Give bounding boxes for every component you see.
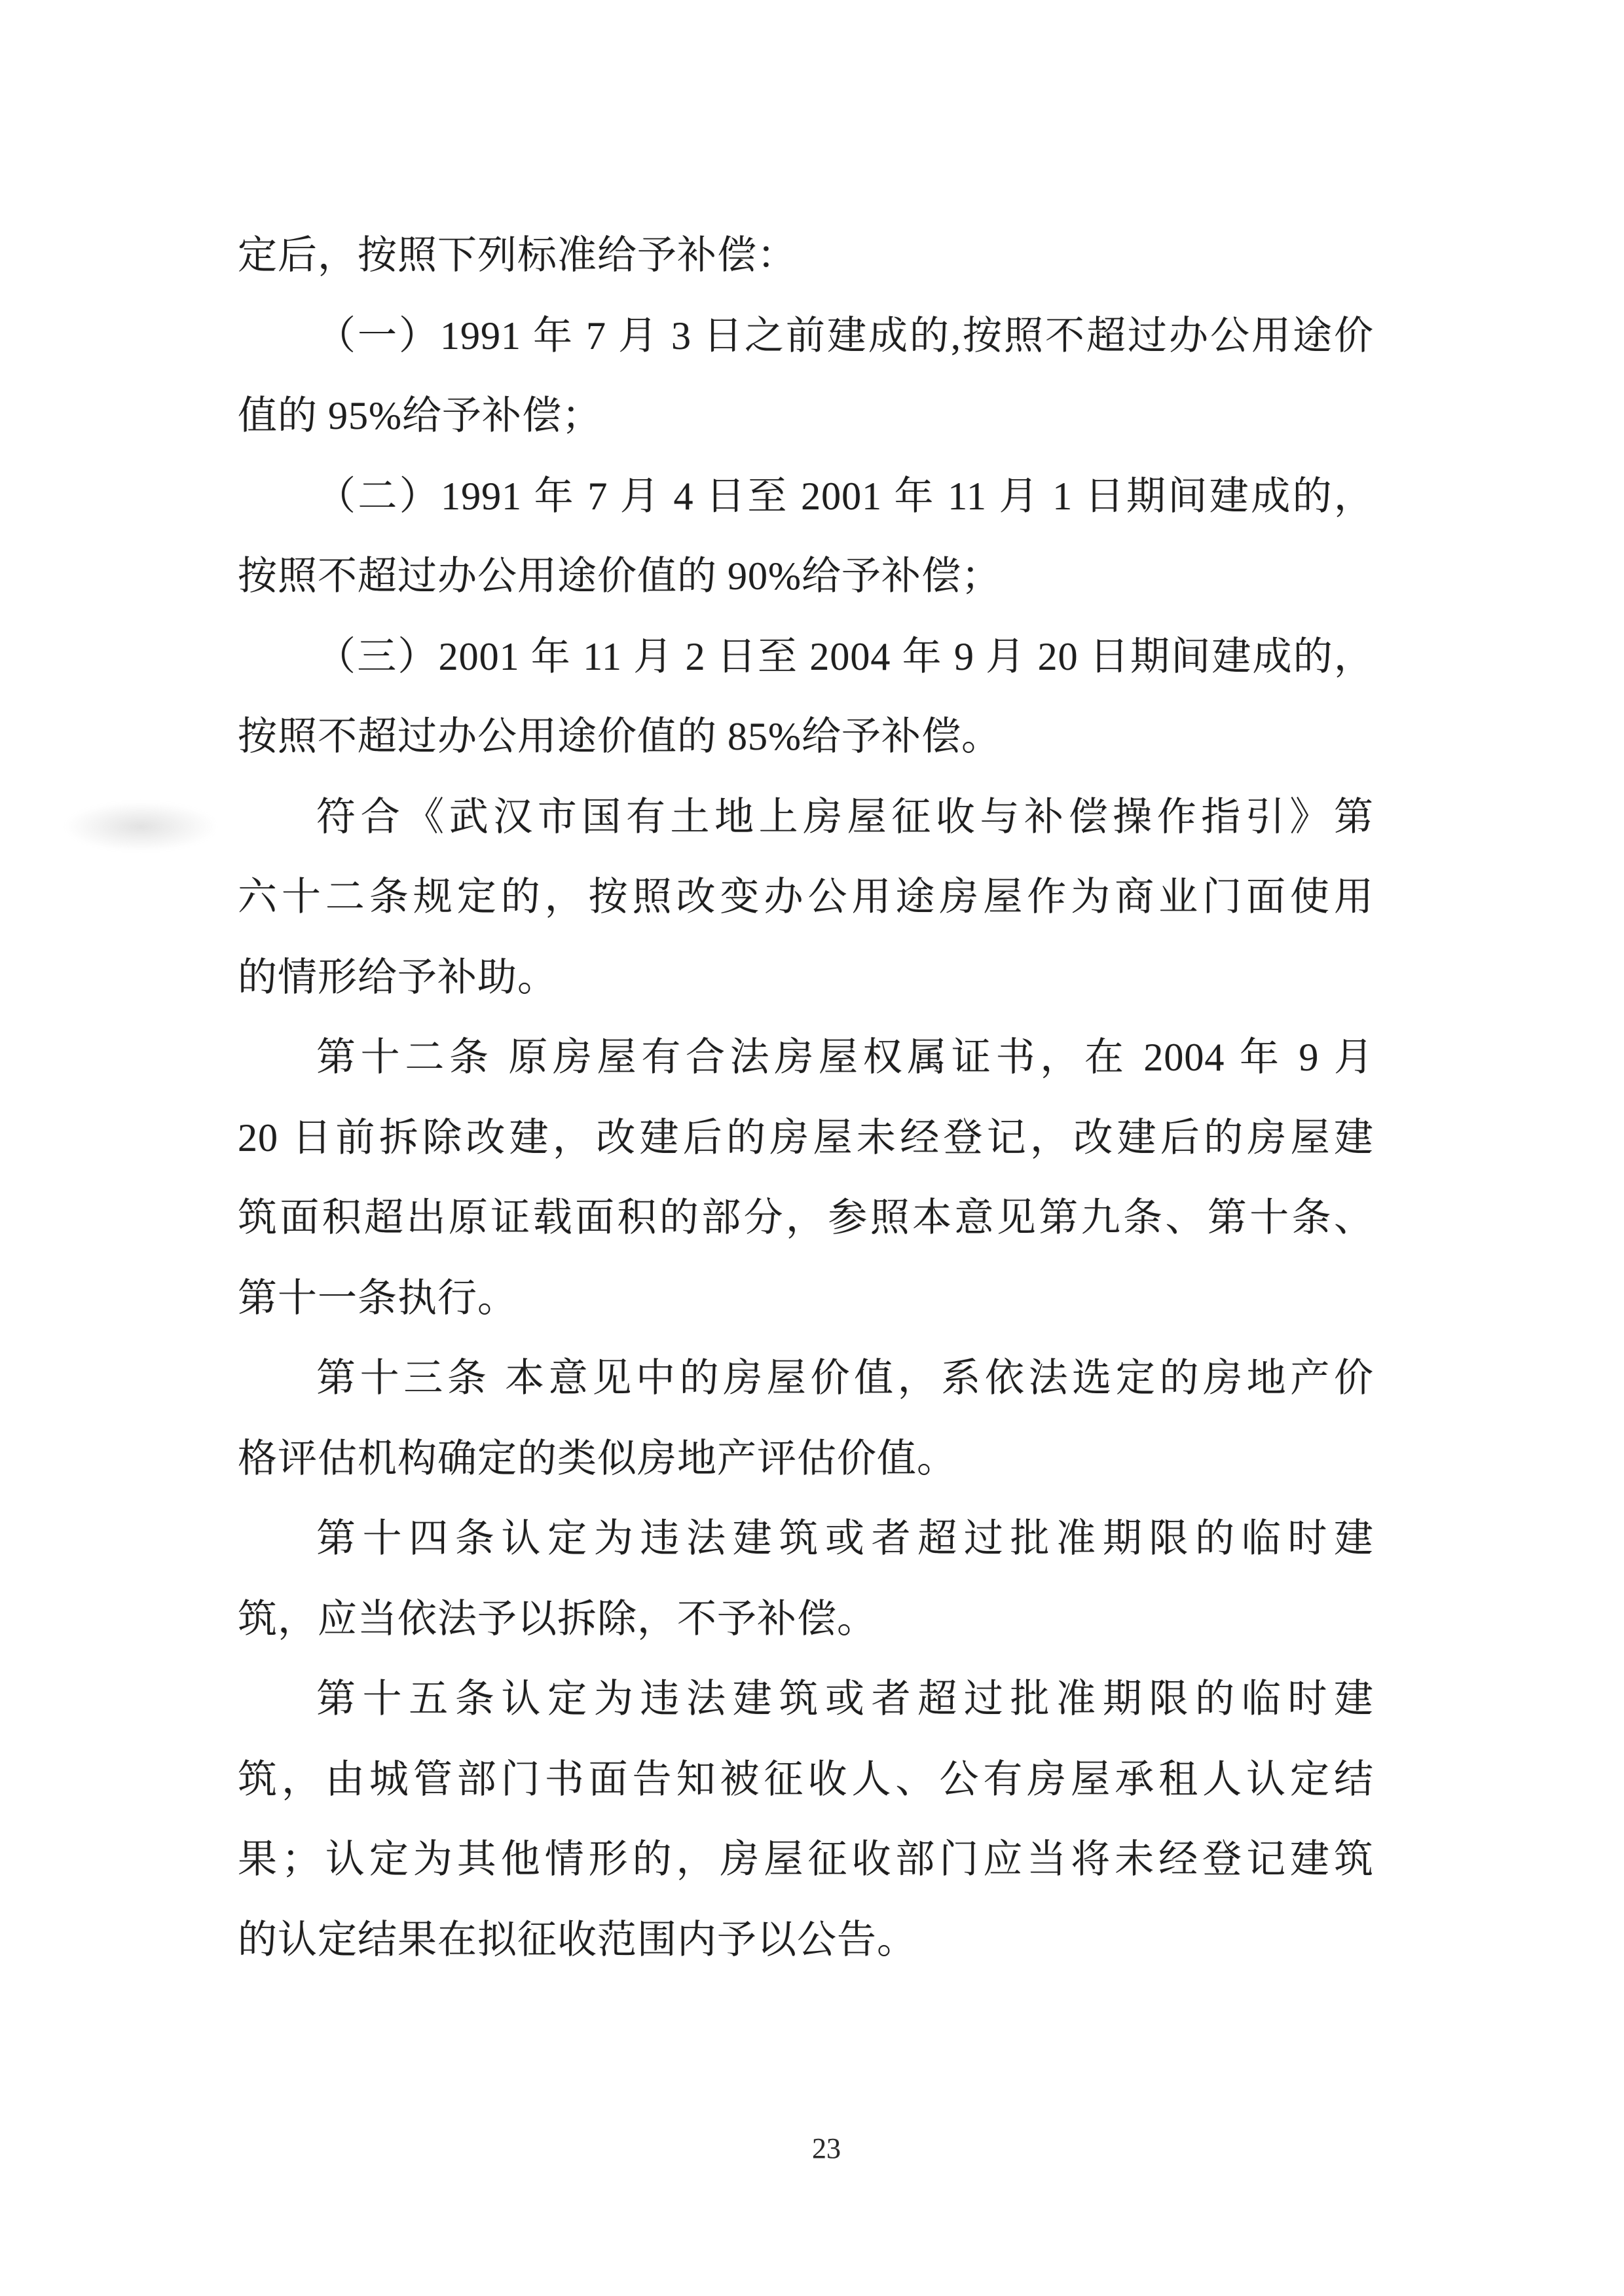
text-line: 筑，由城管部门书面告知被征收人、公有房屋承租人认定结 xyxy=(238,1740,1374,1820)
text-line: 20 日前拆除改建，改建后的房屋未经登记，改建后的房屋建 xyxy=(238,1098,1374,1178)
text-line: 第十二条 原房屋有合法房屋权属证书，在 2004 年 9 月 xyxy=(238,1017,1374,1098)
text-line: 按照不超过办公用途价值的 85%给予补偿。 xyxy=(238,697,1374,777)
text-line: 的情形给予补助。 xyxy=(238,938,1374,1018)
text-line: 定后，按照下列标准给予补偿： xyxy=(238,215,1374,296)
text-line: 筑，应当依法予以拆除，不予补偿。 xyxy=(238,1579,1374,1660)
scan-smudge xyxy=(65,802,216,851)
text-line: 格评估机构确定的类似房地产评估价值。 xyxy=(238,1419,1374,1499)
text-line: （三）2001 年 11 月 2 日至 2004 年 9 月 20 日期间建成的… xyxy=(238,617,1374,697)
page-number: 23 xyxy=(14,2129,1624,2168)
text-line: 第十四条认定为违法建筑或者超过批准期限的临时建 xyxy=(238,1499,1374,1579)
text-line: 的认定结果在拟征收范围内予以公告。 xyxy=(238,1900,1374,1980)
text-line: 符合《武汉市国有土地上房屋征收与补偿操作指引》第 xyxy=(238,777,1374,858)
text-line: 果；认定为其他情形的，房屋征收部门应当将未经登记建筑 xyxy=(238,1819,1374,1900)
text-line: 值的 95%给予补偿； xyxy=(238,376,1374,456)
text-line: 第十五条认定为违法建筑或者超过批准期限的临时建 xyxy=(238,1659,1374,1740)
text-line: 第十一条执行。 xyxy=(238,1258,1374,1339)
text-line: 第十三条 本意见中的房屋价值，系依法选定的房地产价 xyxy=(238,1338,1374,1419)
text-line: 筑面积超出原证载面积的部分，参照本意见第九条、第十条、 xyxy=(238,1178,1374,1258)
text-line: 按照不超过办公用途价值的 90%给予补偿； xyxy=(238,536,1374,617)
text-line: 六十二条规定的，按照改变办公用途房屋作为商业门面使用 xyxy=(238,857,1374,938)
text-line: （一）1991 年 7 月 3 日之前建成的,按照不超过办公用途价 xyxy=(238,296,1374,376)
text-line: （二）1991 年 7 月 4 日至 2001 年 11 月 1 日期间建成的， xyxy=(238,456,1374,537)
document-page: 定后，按照下列标准给予补偿：（一）1991 年 7 月 3 日之前建成的,按照不… xyxy=(0,0,1624,2296)
document-body: 定后，按照下列标准给予补偿：（一）1991 年 7 月 3 日之前建成的,按照不… xyxy=(238,215,1374,1980)
